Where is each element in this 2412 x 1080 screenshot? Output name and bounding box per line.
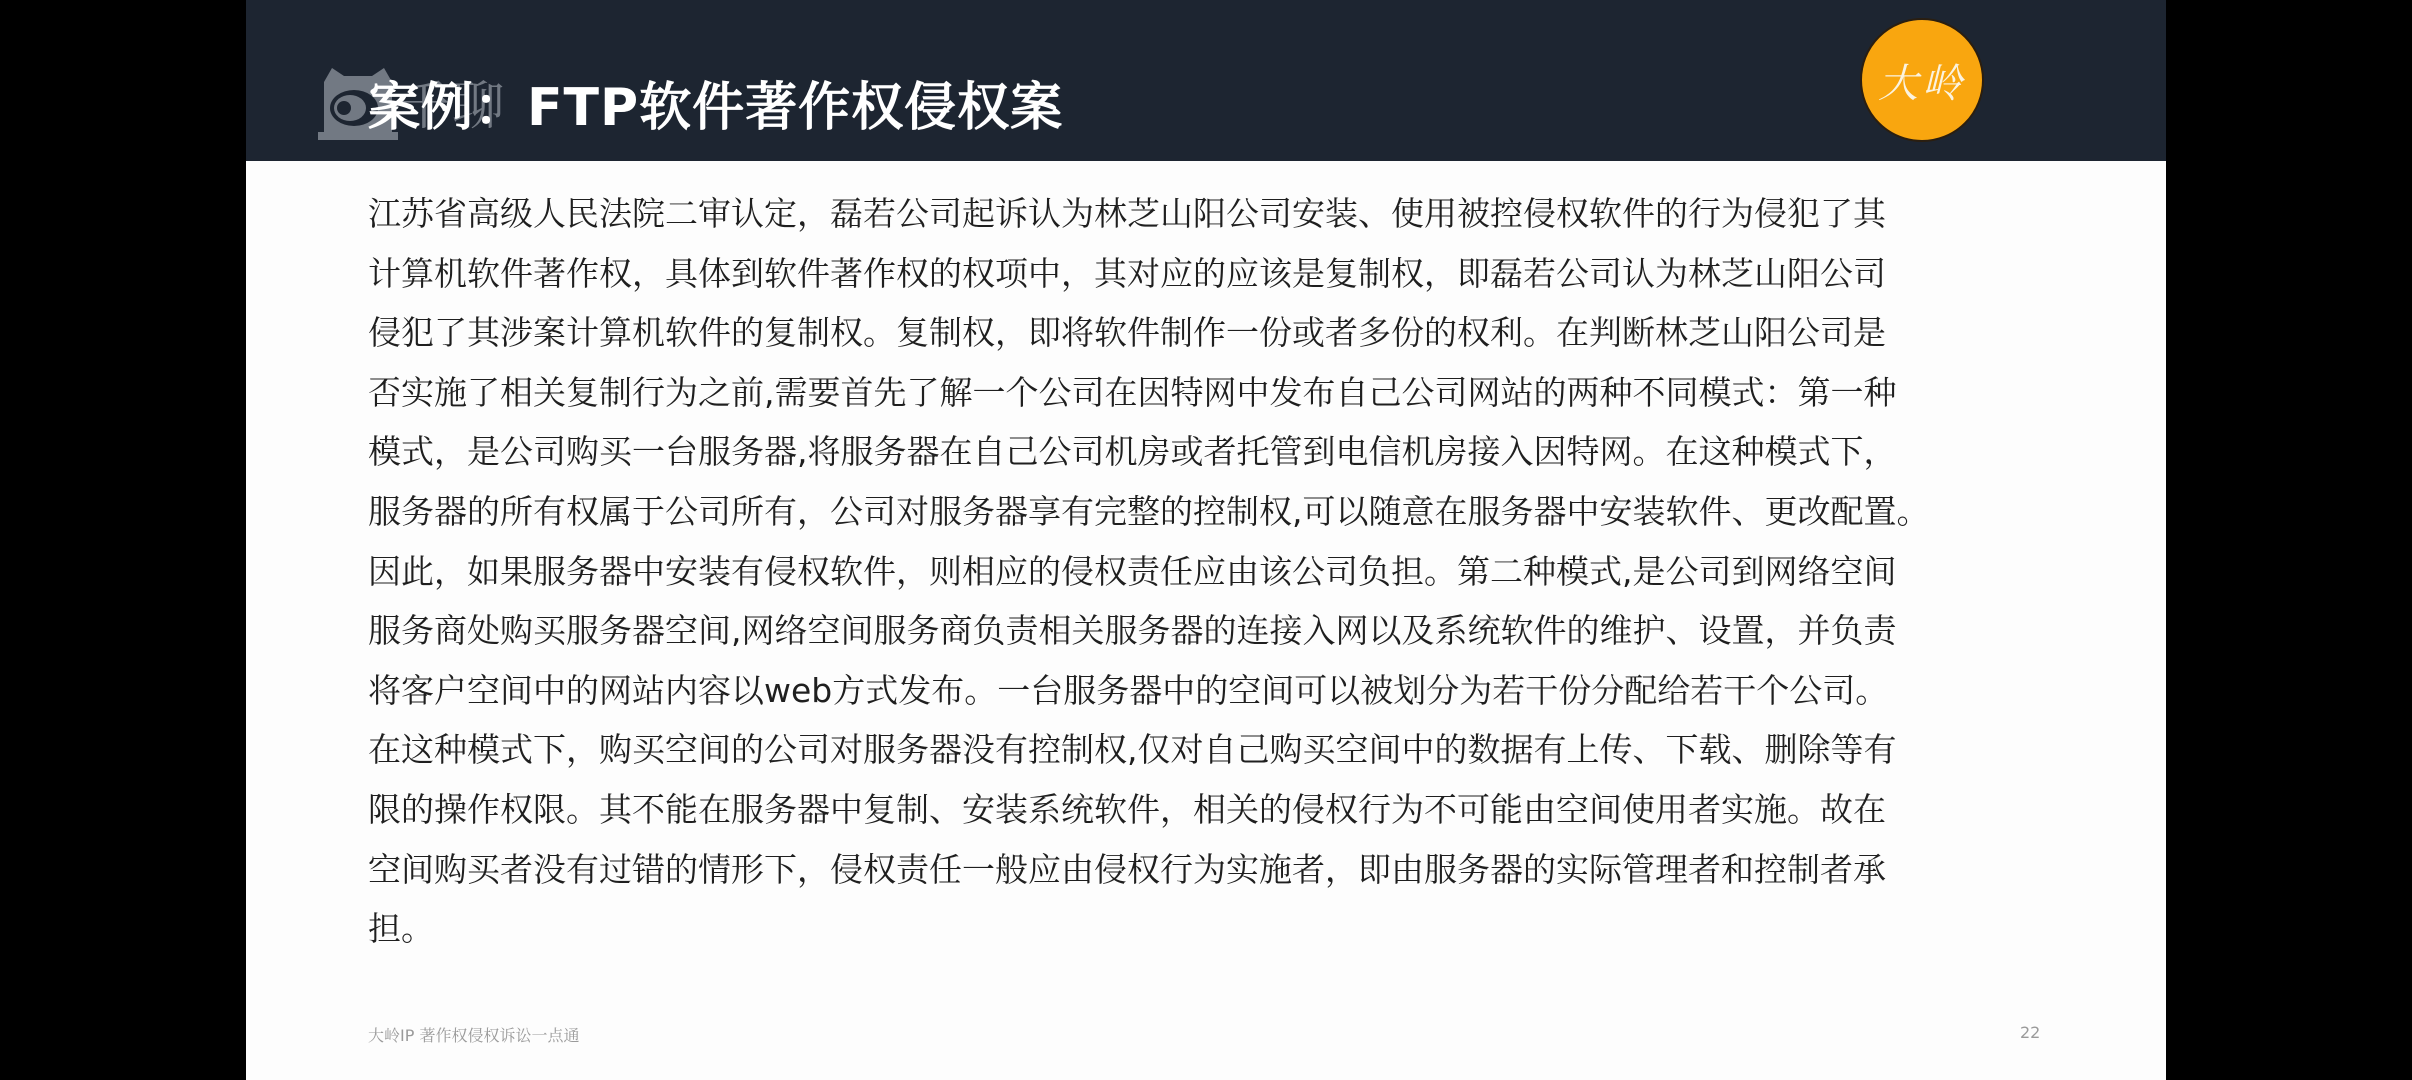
slide-footer-caption: 大岭IP 著作权侵权诉讼一点通 xyxy=(368,1023,579,1046)
body-line: 空间购买者没有过错的情形下，侵权责任一般应由侵权行为实施者，即由服务器的实际管理… xyxy=(368,840,2068,900)
body-line: 将客户空间中的网站内容以web方式发布。一台服务器中的空间可以被划分为若干份分配… xyxy=(368,661,2068,721)
body-line: 否实施了相关复制行为之前,需要首先了解一个公司在因特网中发布自己公司网站的两种不… xyxy=(368,363,2068,423)
body-line: 因此，如果服务器中安装有侵权软件，则相应的侵权责任应由该公司负担。第二种模式,是… xyxy=(368,542,2068,602)
brand-logo-text: 大岭 xyxy=(1878,52,1966,109)
body-line: 服务器的所有权属于公司所有，公司对服务器享有完整的控制权,可以随意在服务器中安装… xyxy=(368,482,2068,542)
body-line: 模式，是公司购买一台服务器,将服务器在自己公司机房或者托管到电信机房接入因特网。… xyxy=(368,422,2068,482)
body-line: 限的操作权限。其不能在服务器中复制、安装系统软件，相关的侵权行为不可能由空间使用… xyxy=(368,780,2068,840)
body-line: 服务商处购买服务器空间,网络空间服务商负责相关服务器的连接入网以及系统软件的维护… xyxy=(368,601,2068,661)
body-line: 计算机软件著作权，具体到软件著作权的权项中，其对应的应该是复制权，即磊若公司认为… xyxy=(368,244,2068,304)
body-line: 担。 xyxy=(368,899,2068,959)
slide-body-paragraph: 江苏省高级人民法院二审认定，磊若公司起诉认为林芝山阳公司安装、使用被控侵权软件的… xyxy=(368,184,2068,959)
body-line: 在这种模式下，购买空间的公司对服务器没有控制权,仅对自己购买空间中的数据有上传、… xyxy=(368,720,2068,780)
body-line: 侵犯了其涉案计算机软件的复制权。复制权，即将软件制作一份或者多份的权利。在判断林… xyxy=(368,303,2068,363)
brand-logo-badge: 大岭 xyxy=(1860,18,1984,142)
video-viewport: 千聊 案例：FTP软件著作权侵权案 大岭 江苏省高级人民法院二审认定，磊若公司起… xyxy=(0,0,2412,1080)
body-line: 江苏省高级人民法院二审认定，磊若公司起诉认为林芝山阳公司安装、使用被控侵权软件的… xyxy=(368,184,2068,244)
slide-page-number: 22 xyxy=(2020,1023,2040,1042)
slide-header-bar: 千聊 案例：FTP软件著作权侵权案 大岭 xyxy=(246,0,2166,161)
presentation-slide: 千聊 案例：FTP软件著作权侵权案 大岭 江苏省高级人民法院二审认定，磊若公司起… xyxy=(246,0,2166,1080)
slide-title: 案例：FTP软件著作权侵权案 xyxy=(368,82,1063,134)
